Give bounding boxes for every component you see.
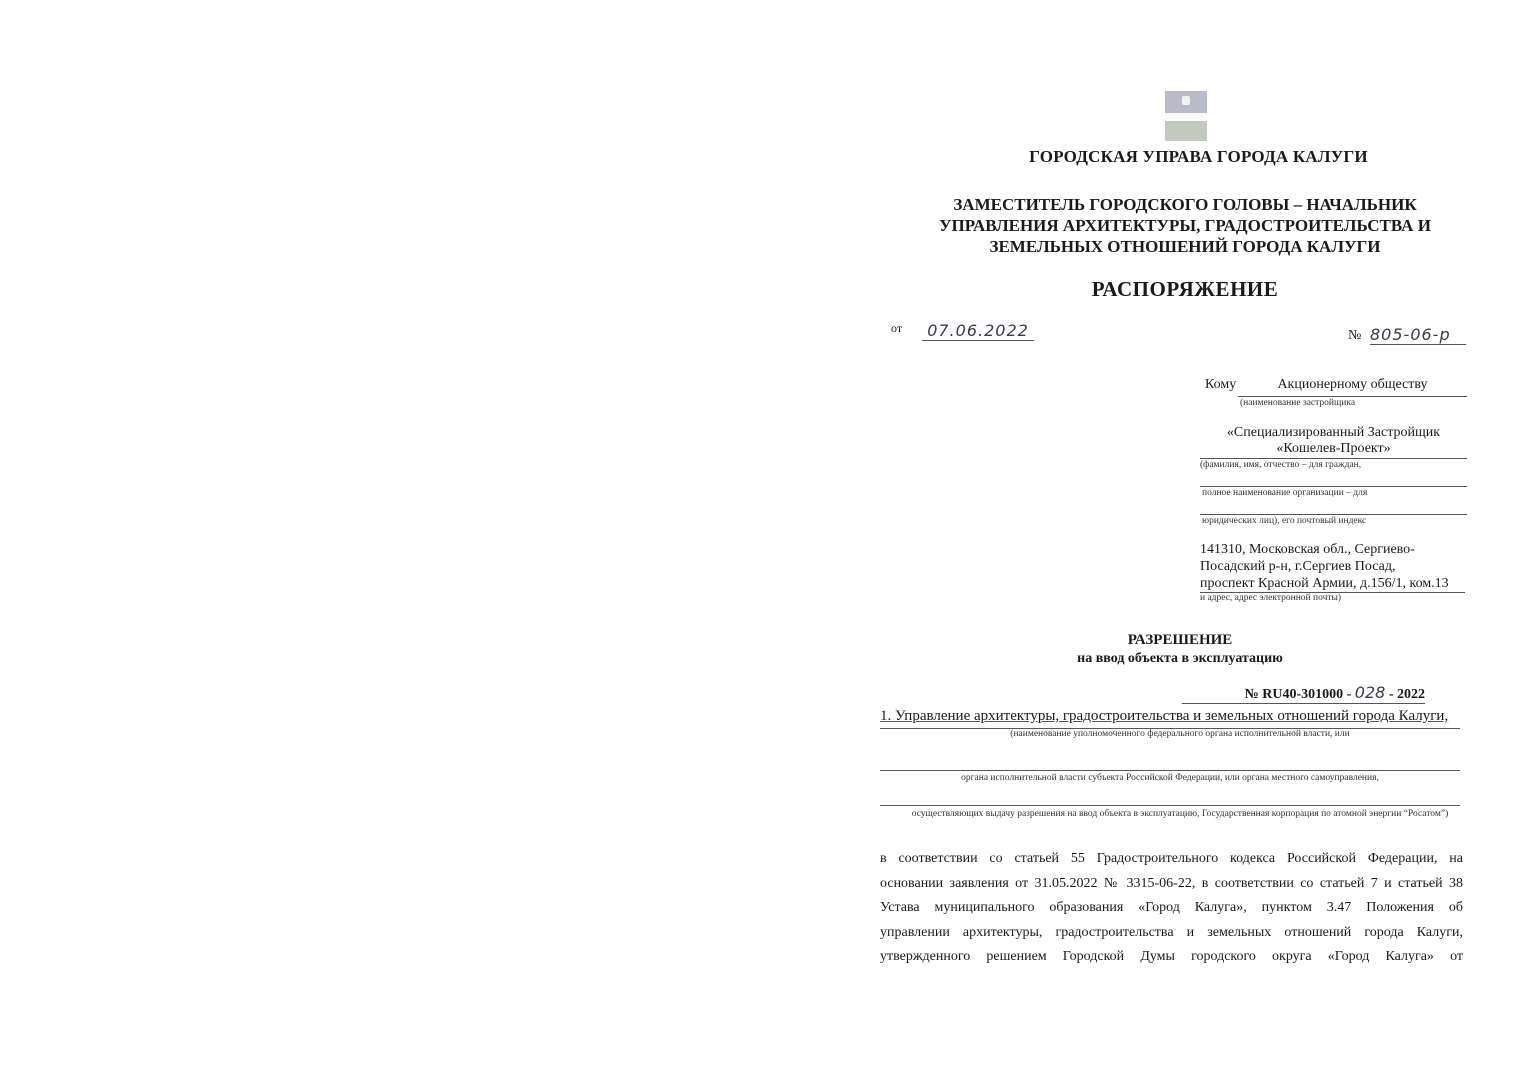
recipient-type: Акционерному обществу (1238, 377, 1467, 393)
authority-heading: ГОРОДСКАЯ УПРАВА ГОРОДА КАЛУГИ (870, 147, 1527, 167)
recipient-address: 141310, Московская обл., Сергиево- Посад… (1200, 541, 1470, 592)
permit-body-text: в соответствии со статьей 55 Градостроит… (880, 847, 1463, 970)
caption-fio: (фамилия, имя, отчество – для граждан, (1200, 460, 1361, 470)
divider (1200, 458, 1467, 459)
order-number: 805-06-р (1370, 325, 1466, 345)
caption-issuer-1: (наименование уполномоченного федерально… (870, 729, 1490, 739)
caption-issuer-2: органа исполнительной власти субъекта Ро… (880, 773, 1460, 783)
caption-email: и адрес, адрес электронной почты) (1200, 593, 1341, 603)
divider (1200, 514, 1467, 515)
permit-title: РАЗРЕШЕНИЕ (870, 632, 1490, 649)
document-type: РАСПОРЯЖЕНИЕ (870, 277, 1500, 302)
document-page: ГОРОДСКАЯ УПРАВА ГОРОДА КАЛУГИ ЗАМЕСТИТЕ… (870, 0, 1527, 1080)
divider (880, 805, 1460, 806)
official-title: ЗАМЕСТИТЕЛЬ ГОРОДСКОГО ГОЛОВЫ – НАЧАЛЬНИ… (870, 194, 1500, 257)
caption-org-name: полное наименование организации – для (1202, 488, 1367, 498)
permit-subtitle: на ввод объекта в эксплуатацию (870, 651, 1490, 667)
number-label: № (1348, 328, 1361, 344)
permit-number-handwritten: 028 (1355, 683, 1386, 702)
caption-developer-name: (наименование застройщика (1240, 398, 1355, 408)
caption-issuer-3: осуществляющих выдачу разрешения на ввод… (900, 808, 1460, 820)
divider (1200, 486, 1467, 487)
recipient-label: Кому (1205, 377, 1236, 393)
caption-postal: юридических лиц), его почтовый индекс (1202, 516, 1366, 526)
divider (1238, 396, 1467, 397)
permit-number: № RU40-301000 - 028 - 2022 (1182, 683, 1425, 704)
issuer-name: 1. Управление архитектуры, градостроител… (880, 708, 1460, 725)
recipient-name: «Специализированный Застройщик «Кошелев-… (1200, 425, 1467, 457)
date-label: от (891, 321, 902, 336)
coat-of-arms-icon (1165, 91, 1207, 141)
blank-left-page (0, 0, 870, 1080)
divider (880, 770, 1460, 771)
order-date: 07.06.2022 (922, 321, 1034, 341)
